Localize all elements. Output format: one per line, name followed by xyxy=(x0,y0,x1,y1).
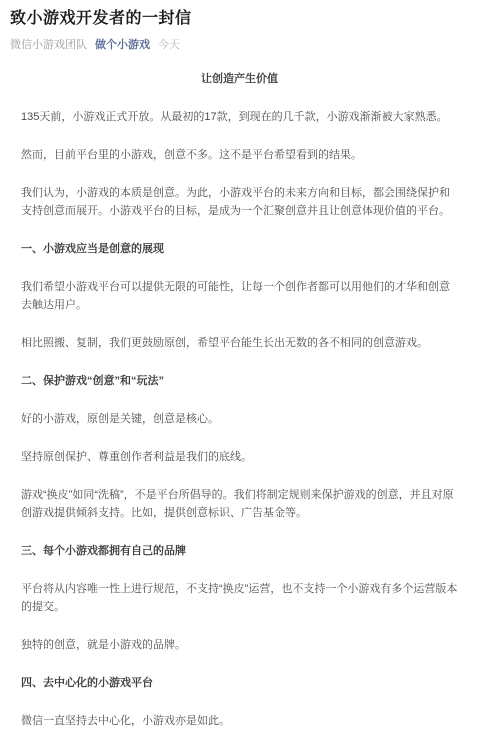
article-content: 让创造产生价值 135天前，小游戏正式开放。从最初的17款，到现在的几千款，小游… xyxy=(0,53,480,730)
paragraph: 135天前，小游戏正式开放。从最初的17款，到现在的几千款，小游戏渐渐被大家熟悉… xyxy=(21,108,458,126)
article-subtitle: 让创造产生价值 xyxy=(21,70,458,88)
section-heading: 一、小游戏应当是创意的展现 xyxy=(21,240,458,258)
paragraph: 然而，目前平台里的小游戏，创意不多。这不是平台希望看到的结果。 xyxy=(21,146,458,164)
paragraph: 坚持原创保护、尊重创作者利益是我们的底线。 xyxy=(21,448,458,466)
article-body: 135天前，小游戏正式开放。从最初的17款，到现在的几千款，小游戏渐渐被大家熟悉… xyxy=(21,108,458,730)
section-heading: 三、每个小游戏都拥有自己的品牌 xyxy=(21,542,458,560)
paragraph: 我们希望小游戏平台可以提供无限的可能性，让每一个创作者都可以用他们的才华和创意去… xyxy=(21,278,458,314)
paragraph: 平台将从内容唯一性上进行规范，不支持“换皮”运营，也不支持一个小游戏有多个运营版… xyxy=(21,580,458,616)
paragraph: 好的小游戏，原创是关键，创意是核心。 xyxy=(21,410,458,428)
paragraph: 微信一直坚持去中心化，小游戏亦是如此。 xyxy=(21,712,458,730)
byline: 微信小游戏团队做个小游戏今天 xyxy=(10,37,470,53)
paragraph: 独特的创意，就是小游戏的品牌。 xyxy=(21,636,458,654)
article-title: 致小游戏开发者的一封信 xyxy=(10,8,468,30)
paragraph: 我们认为，小游戏的本质是创意。为此，小游戏平台的未来方向和目标，都会围绕保护和支… xyxy=(21,184,458,220)
paragraph: 游戏“换皮”如同“洗稿”，不是平台所倡导的。我们将制定规则来保护游戏的创意，并且… xyxy=(21,486,458,522)
article-page: 致小游戏开发者的一封信 微信小游戏团队做个小游戏今天 让创造产生价值 135天前… xyxy=(0,0,480,732)
paragraph: 相比照搬、复制，我们更鼓励原创，希望平台能生长出无数的各不相同的创意游戏。 xyxy=(21,334,458,352)
author-name: 微信小游戏团队 xyxy=(10,39,87,51)
account-link[interactable]: 做个小游戏 xyxy=(95,39,150,51)
section-heading: 二、保护游戏“创意”和“玩法” xyxy=(21,372,458,390)
publish-date: 今天 xyxy=(158,39,180,51)
section-heading: 四、去中心化的小游戏平台 xyxy=(21,674,458,692)
